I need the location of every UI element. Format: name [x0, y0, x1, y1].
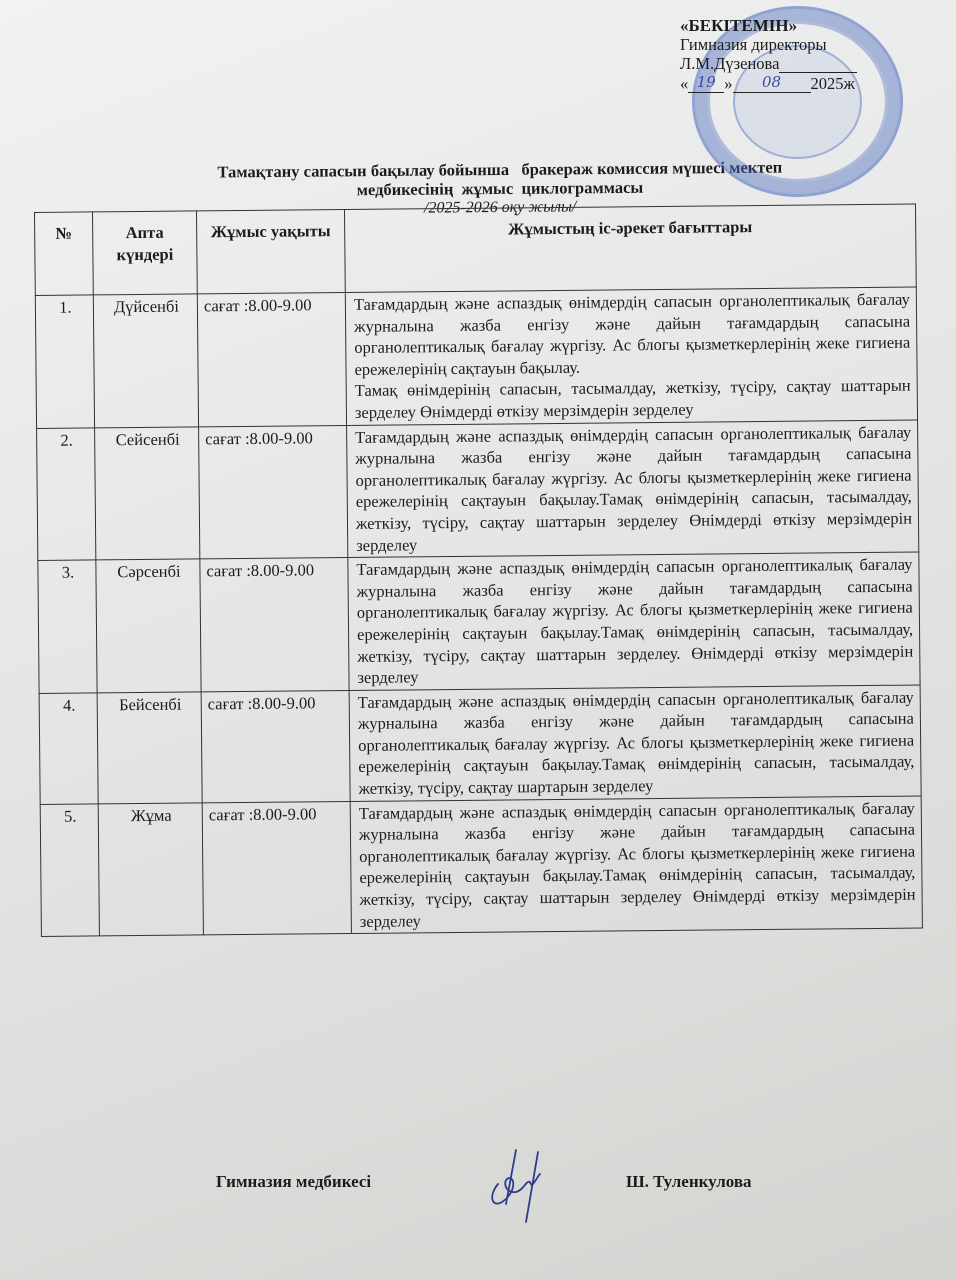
approval-name-line: Л.М.Дүзенова [680, 54, 890, 73]
row-num: 4. [39, 693, 98, 805]
approval-block: «БЕКІТЕМІН» Гимназия директоры Л.М.Дүзен… [680, 16, 890, 93]
date-quote-close: » [724, 74, 732, 93]
row-activity-main: Тағамдардың және аспаздық өнімдердің сап… [354, 289, 911, 381]
row-num: 3. [38, 560, 97, 693]
row-activity: Тағамдардың және аспаздық өнімдердің сап… [348, 552, 920, 690]
date-month: 08 [733, 73, 811, 93]
row-time: сағат :8.00-9.00 [201, 690, 350, 802]
date-year: 2025ж [811, 74, 855, 93]
row-num: 5. [40, 804, 99, 937]
approval-name: Л.М.Дүзенова [680, 54, 779, 73]
row-time: сағат :8.00-9.00 [199, 425, 348, 559]
table-row: 1. Дүйсенбі сағат :8.00-9.00 Тағамдардың… [35, 287, 917, 428]
row-time: сағат :8.00-9.00 [200, 558, 349, 692]
table-row: 5. Жұма сағат :8.00-9.00 Тағамдардың жән… [40, 796, 922, 937]
header-time: Жұмыс уақыты [196, 210, 345, 294]
header-direction: Жұмыстың іс-әрекет бағыттары [344, 204, 916, 292]
approval-heading: «БЕКІТЕМІН» [680, 16, 890, 35]
date-quote-open: « [680, 74, 688, 93]
row-time: сағат :8.00-9.00 [197, 293, 346, 427]
footer-signer: Ш. Туленкулова [626, 1172, 752, 1192]
header-day: Апта күндері [93, 211, 198, 295]
row-time: сағат :8.00-9.00 [202, 801, 351, 935]
cyclogram-table-wrapper: № Апта күндері Жұмыс уақыты Жұмыстың іс-… [34, 204, 923, 938]
header-num: № [35, 212, 94, 296]
table-row: 3. Сәрсенбі сағат :8.00-9.00 Тағамдардың… [38, 552, 920, 693]
approval-position: Гимназия директоры [680, 35, 890, 54]
table-row: 2. Сейсенбі сағат :8.00-9.00 Тағамдардың… [37, 420, 919, 561]
row-activity: Тағамдардың және аспаздық өнімдердің сап… [345, 287, 917, 425]
signature-blank [779, 56, 857, 73]
table-row: 4. Бейсенбі сағат :8.00-9.00 Тағамдардың… [39, 685, 921, 804]
row-day: Жұма [98, 803, 203, 937]
row-activity: Тағамдардың және аспаздық өнімдердің сап… [347, 420, 919, 558]
row-activity: Тағамдардың және аспаздық өнімдердің сап… [350, 796, 922, 934]
row-day: Сейсенбі [95, 426, 200, 560]
footer-role: Гимназия медбикесі [216, 1172, 371, 1192]
row-day: Бейсенбі [97, 692, 202, 804]
row-activity-extra: Тамақ өнімдерінің сапасын, тасымалдау, ж… [355, 375, 911, 424]
row-day: Дүйсенбі [93, 294, 198, 428]
signature-icon [486, 1144, 556, 1229]
row-day: Сәрсенбі [96, 559, 201, 693]
table-header-row: № Апта күндері Жұмыс уақыты Жұмыстың іс-… [35, 204, 917, 295]
row-num: 2. [37, 427, 96, 560]
approval-date: «19»082025ж [680, 73, 890, 93]
row-activity: Тағамдардың және аспаздық өнімдердің сап… [349, 685, 921, 801]
cyclogram-table: № Апта күндері Жұмыс уақыты Жұмыстың іс-… [34, 204, 923, 938]
row-num: 1. [35, 295, 94, 428]
date-day: 19 [688, 73, 724, 93]
